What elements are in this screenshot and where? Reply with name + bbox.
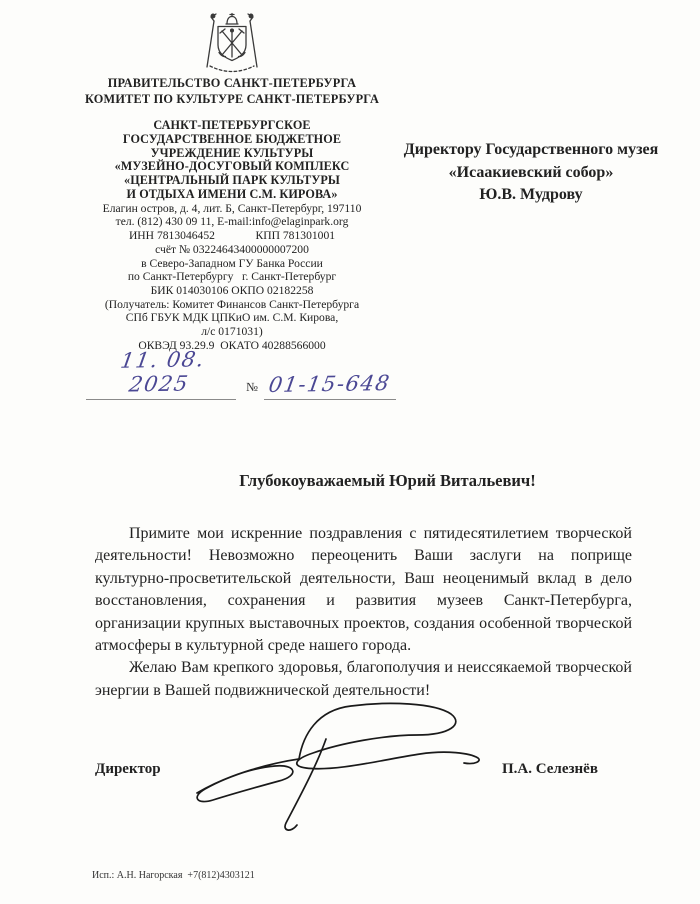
handwritten-date: 11. 08. 2025 [82, 347, 240, 398]
sender-org-line: САНКТ-ПЕТЕРБУРГСКОЕ [50, 119, 414, 133]
sender-detail-line: счёт № 03224643400000007200 [50, 243, 414, 257]
sender-detail-line: СПб ГБУК МДК ЦПКиО им. С.М. Кирова, [50, 311, 414, 325]
addressee-organization: «Исаакиевский собор» [372, 162, 690, 185]
reference-row: 11. 08. 2025 № 01-15-648 [86, 348, 396, 400]
executor-note: Исп.: А.Н. Нагорская +7(812)4303121 [92, 870, 255, 881]
sender-org-line: И ОТДЫХА ИМЕНИ С.М. КИРОВА» [50, 188, 414, 202]
number-sign-label: № [236, 380, 264, 400]
body-paragraph-2: Желаю Вам крепкого здоровья, благополучи… [95, 657, 632, 702]
scanned-letter-page: ПРАВИТЕЛЬСТВО САНКТ-ПЕТЕРБУРГА КОМИТЕТ П… [0, 0, 700, 904]
signer-position-title: Директор [95, 761, 161, 778]
sender-detail-line: в Северо-Западном ГУ Банка России [50, 257, 414, 271]
handwritten-outgoing-number: 01-15-648 [267, 371, 392, 397]
sender-org-line: «МУЗЕЙНО-ДОСУГОВЫЙ КОМПЛЕКС [50, 160, 414, 174]
sender-org-line: УЧРЕЖДЕНИЕ КУЛЬТУРЫ [50, 147, 414, 161]
addressee-block: Директору Государственного музея «Исааки… [372, 139, 690, 207]
sender-detail-line: Елагин остров, д. 4, лит. Б, Санкт-Петер… [50, 202, 414, 216]
outgoing-number-field: 01-15-648 [264, 372, 396, 400]
sender-detail-line: ИНН 7813046452 КПП 781301001 [50, 229, 414, 243]
sender-detail-line: (Получатель: Комитет Финансов Санкт-Пете… [50, 298, 414, 312]
sender-detail-line: по Санкт-Петербургу г. Санкт-Петербург [50, 270, 414, 284]
sender-org-name: САНКТ-ПЕТЕРБУРГСКОЕГОСУДАРСТВЕННОЕ БЮДЖЕ… [50, 119, 414, 202]
sender-org-line: ГОСУДАРСТВЕННОЕ БЮДЖЕТНОЕ [50, 133, 414, 147]
handwritten-signature-mark [183, 697, 513, 842]
st-petersburg-coat-of-arms-icon [201, 11, 263, 75]
sender-org-line: «ЦЕНТРАЛЬНЫЙ ПАРК КУЛЬТУРЫ [50, 174, 414, 188]
date-field: 11. 08. 2025 [86, 348, 236, 400]
sender-block: САНКТ-ПЕТЕРБУРГСКОЕГОСУДАРСТВЕННОЕ БЮДЖЕ… [50, 119, 414, 353]
committee-title: КОМИТЕТ ПО КУЛЬТУРЕ САНКТ-ПЕТЕРБУРГА [50, 92, 414, 108]
sender-detail-line: тел. (812) 430 09 11, E-mail:info@elagin… [50, 215, 414, 229]
body-paragraph-1: Примите мои искренние поздравления с пят… [95, 523, 632, 657]
signer-name: П.А. Селезнёв [502, 761, 598, 778]
government-title: ПРАВИТЕЛЬСТВО САНКТ-ПЕТЕРБУРГА [50, 76, 414, 92]
salutation: Глубокоуважаемый Юрий Витальевич! [95, 471, 635, 491]
sender-details: Елагин остров, д. 4, лит. Б, Санкт-Петер… [50, 202, 414, 353]
addressee-name: Ю.В. Мудрову [372, 184, 690, 207]
letterhead-header: ПРАВИТЕЛЬСТВО САНКТ-ПЕТЕРБУРГА КОМИТЕТ П… [50, 76, 414, 107]
addressee-position: Директору Государственного музея [372, 139, 690, 162]
sender-detail-line: л/с 0171031) [50, 325, 414, 339]
sender-detail-line: БИК 014030106 ОКПО 02182258 [50, 284, 414, 298]
letter-body: Примите мои искренние поздравления с пят… [95, 523, 632, 702]
